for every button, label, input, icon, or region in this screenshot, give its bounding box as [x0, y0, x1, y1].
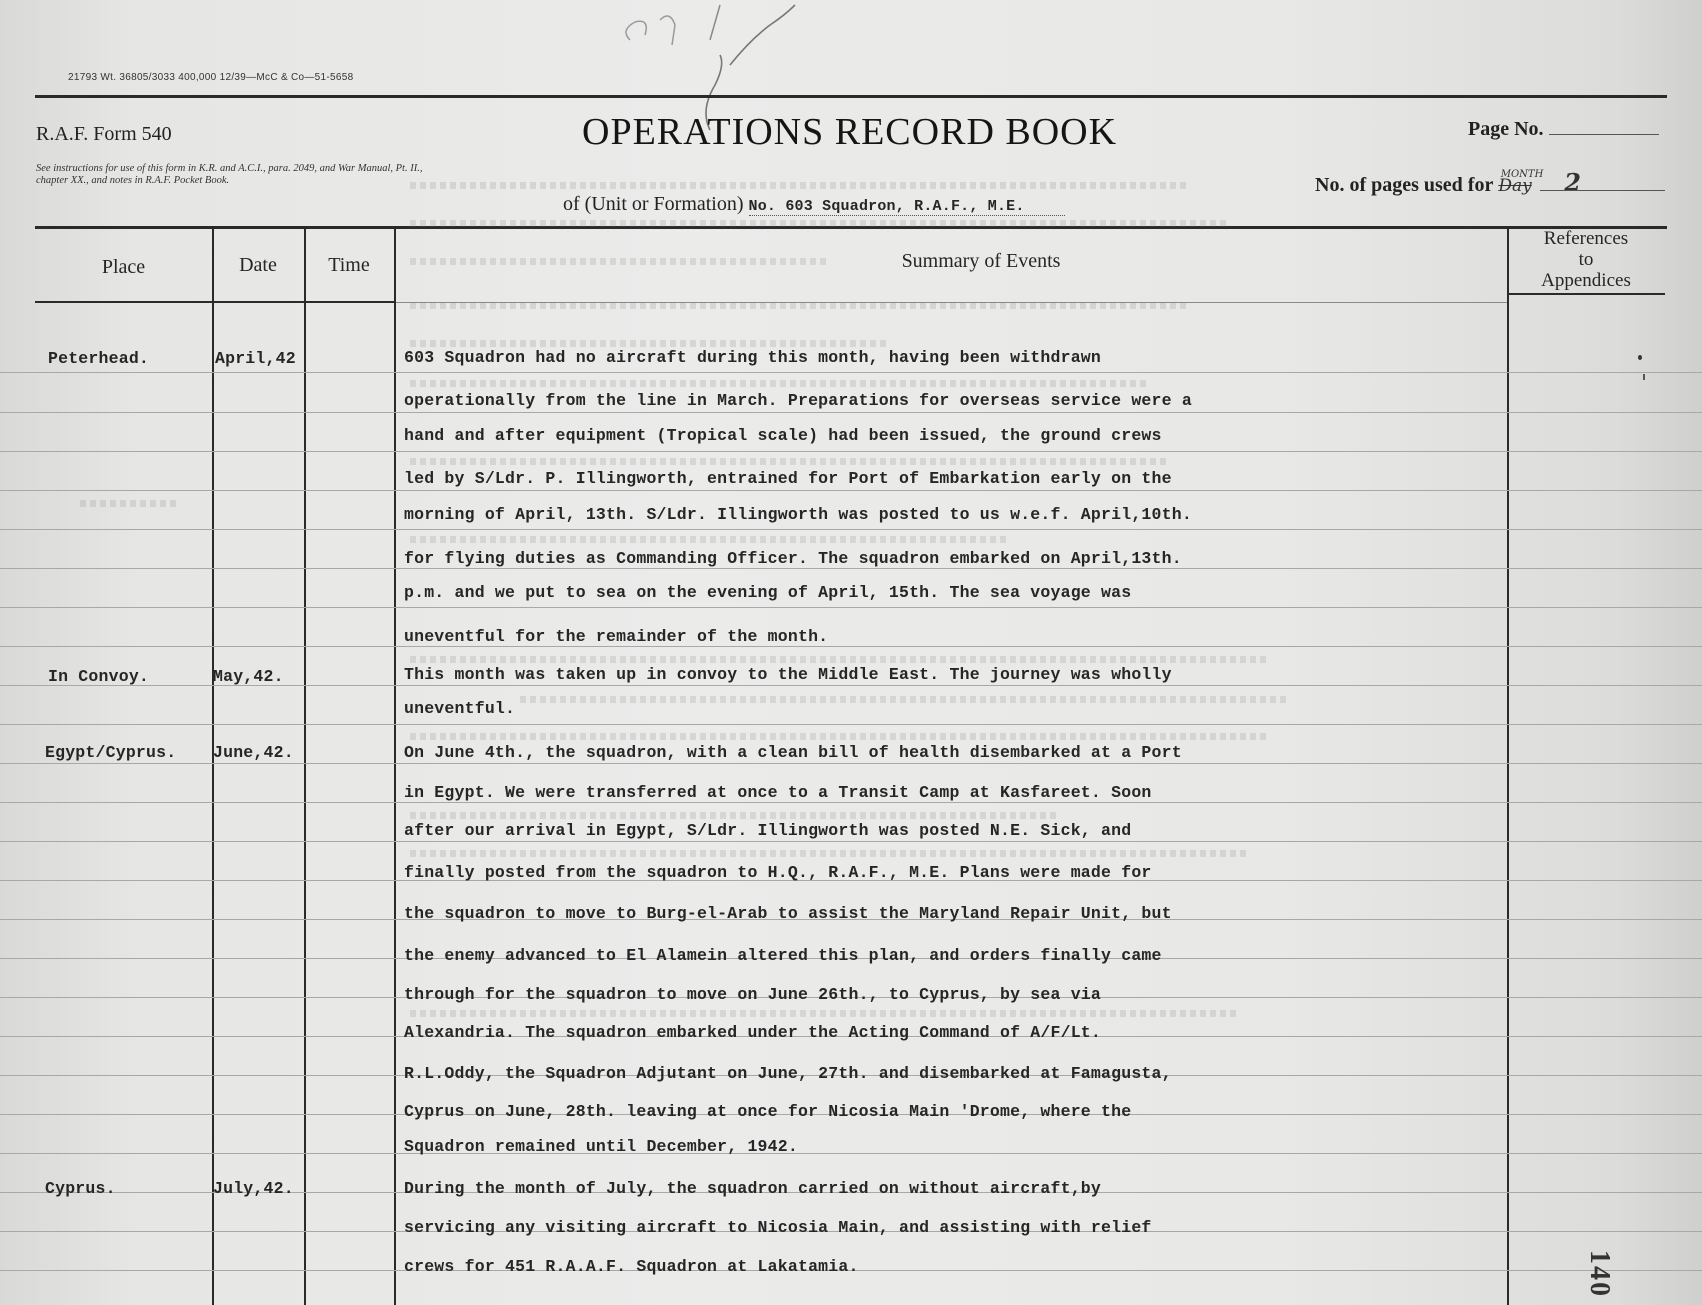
entry-date: June,42. — [213, 743, 294, 762]
summary-line: 603 Squadron had no aircraft during this… — [404, 348, 1101, 367]
bleed-through-text — [410, 302, 1190, 309]
summary-line: Squadron remained until December, 1942. — [404, 1137, 798, 1156]
summary-line: in Egypt. We were transferred at once to… — [404, 783, 1152, 802]
entry-place: Peterhead. — [48, 349, 149, 368]
bleed-through-text — [80, 500, 180, 507]
summary-line: uneventful for the remainder of the mont… — [404, 627, 828, 646]
bleed-through-text — [520, 696, 1290, 703]
column-header-place: Place — [35, 256, 212, 279]
summary-line: for flying duties as Commanding Officer.… — [404, 549, 1182, 568]
ink-mark — [1643, 374, 1645, 380]
bleed-through-text — [410, 380, 1150, 387]
summary-line: led by S/Ldr. P. Illingworth, entrained … — [404, 469, 1172, 488]
summary-line: the squadron to move to Burg-el-Arab to … — [404, 904, 1172, 923]
header-bottom-rule — [35, 301, 395, 303]
bleed-through-text — [410, 1010, 1240, 1017]
ruled-line — [0, 763, 1702, 764]
top-rule — [35, 95, 1667, 98]
summary-line: hand and after equipment (Tropical scale… — [404, 426, 1162, 445]
ink-mark — [1638, 355, 1642, 360]
summary-line: servicing any visiting aircraft to Nicos… — [404, 1218, 1152, 1237]
bleed-through-text — [410, 536, 1010, 543]
ruled-line — [0, 646, 1702, 647]
col-divider-summary-refs — [1507, 228, 1509, 1305]
entry-place: Cyprus. — [45, 1179, 116, 1198]
ruled-line — [0, 724, 1702, 725]
bleed-through-text — [410, 733, 1270, 740]
summary-line: finally posted from the squadron to H.Q.… — [404, 863, 1152, 882]
references-line-1: References — [1507, 228, 1665, 249]
unit-label: of (Unit or Formation) No. 603 Squadron,… — [563, 193, 1065, 216]
ruled-line — [0, 1153, 1702, 1154]
ruled-line — [0, 451, 1702, 452]
summary-line: R.L.Oddy, the Squadron Adjutant on June,… — [404, 1064, 1172, 1083]
summary-line: operationally from the line in March. Pr… — [404, 391, 1192, 410]
summary-line: morning of April, 13th. S/Ldr. Illingwor… — [404, 505, 1192, 524]
pages-used-correction: MONTH — [1501, 169, 1544, 180]
summary-line: Alexandria. The squadron embarked under … — [404, 1023, 1101, 1042]
summary-line: p.m. and we put to sea on the evening of… — [404, 583, 1131, 602]
pages-used-field: No. of pages used for Day MONTH 2 — [1315, 168, 1601, 197]
page-no-field: Page No. — [1468, 118, 1659, 141]
references-line-3: Appendices — [1507, 270, 1665, 291]
bleed-through-text — [410, 220, 1230, 227]
pages-used-label: No. of pages used for — [1315, 174, 1493, 196]
bleed-through-text — [410, 812, 1060, 819]
summary-line: This month was taken up in convoy to the… — [404, 665, 1172, 684]
column-header-date: Date — [212, 254, 304, 277]
bleed-through-text — [410, 182, 1190, 189]
entry-date: April,42 — [215, 349, 296, 368]
page-no-label: Page No. — [1468, 118, 1544, 140]
pages-used-value: 2 — [1564, 168, 1581, 197]
page-title: OPERATIONS RECORD BOOK — [582, 110, 1117, 154]
form-instructions: See instructions for use of this form in… — [36, 163, 446, 186]
unit-label-text: of (Unit or Formation) — [563, 193, 744, 215]
bleed-through-text — [410, 458, 1170, 465]
summary-line: uneventful. — [404, 699, 515, 718]
column-header-time: Time — [304, 254, 394, 277]
entry-place: In Convoy. — [48, 667, 149, 686]
ruled-line — [0, 490, 1702, 491]
ruled-line — [0, 412, 1702, 413]
col-divider-time-summary — [394, 228, 396, 1305]
bleed-through-text — [410, 850, 1250, 857]
summary-line: the enemy advanced to El Alamein altered… — [404, 946, 1162, 965]
entry-place: Egypt/Cyprus. — [45, 743, 176, 762]
summary-line: through for the squadron to move on June… — [404, 985, 1101, 1004]
pages-used-underline — [1540, 190, 1665, 191]
summary-line: crews for 451 R.A.A.F. Squadron at Lakat… — [404, 1257, 859, 1276]
bleed-through-text — [410, 258, 830, 265]
summary-line: after our arrival in Egypt, S/Ldr. Illin… — [404, 821, 1131, 840]
header-bottom-rule-refs — [1507, 293, 1665, 295]
col-divider-place-date — [212, 228, 214, 1305]
summary-line: Cyprus on June, 28th. leaving at once fo… — [404, 1102, 1131, 1121]
ruled-line — [0, 841, 1702, 842]
entry-date: July,42. — [213, 1179, 294, 1198]
ruled-line — [0, 372, 1702, 373]
ruled-line — [0, 802, 1702, 803]
summary-line: During the month of July, the squadron c… — [404, 1179, 1101, 1198]
bleed-through-text — [410, 340, 890, 347]
summary-line: On June 4th., the squadron, with a clean… — [404, 743, 1182, 762]
references-line-2: to — [1507, 249, 1665, 270]
col-divider-date-time — [304, 228, 306, 1305]
ruled-line — [0, 568, 1702, 569]
page-no-value — [1549, 134, 1659, 135]
unit-value: No. 603 Squadron, R.A.F., M.E. — [749, 198, 1065, 216]
entry-date: May,42. — [213, 667, 284, 686]
form-number: R.A.F. Form 540 — [36, 123, 172, 146]
page-stamp: 140 — [1583, 1250, 1615, 1298]
column-header-references: References to Appendices — [1507, 228, 1665, 291]
ruled-line — [0, 607, 1702, 608]
bleed-through-text — [410, 656, 1270, 663]
ruled-line — [0, 529, 1702, 530]
printer-imprint: 21793 Wt. 36805/3033 400,000 12/39—McC &… — [68, 72, 353, 83]
